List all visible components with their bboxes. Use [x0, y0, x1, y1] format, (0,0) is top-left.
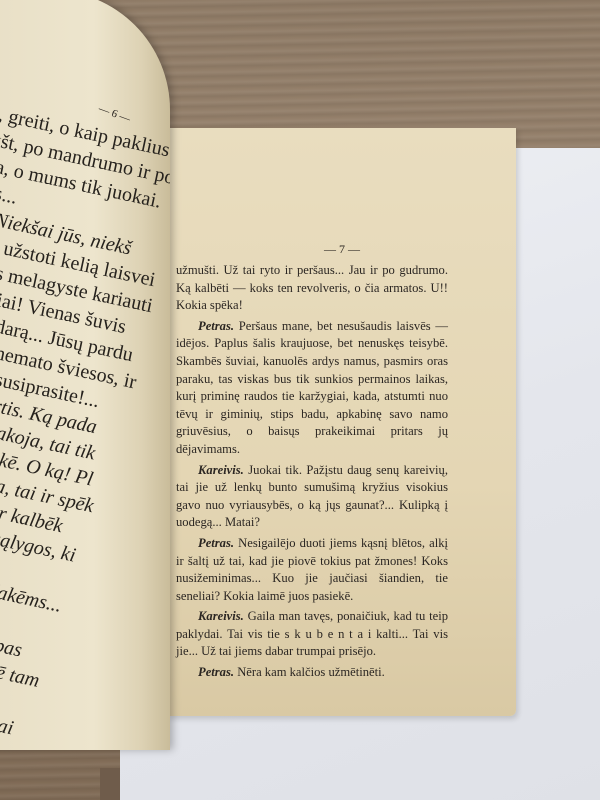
speaker-name: Petras.: [198, 665, 234, 679]
paragraph: Petras. Nesigailējo duoti jiems kąsnį bl…: [176, 535, 448, 605]
page-number-right: — 7 —: [168, 242, 516, 257]
right-book-page: — 7 — užmušti. Už tai ryto ir peršaus...…: [168, 128, 516, 716]
paragraph: Petras. Peršaus mane, bet nesušaudis lai…: [176, 318, 448, 459]
speaker-name: Kareivis.: [198, 609, 244, 623]
left-page-text: s, greiti, o kaip paklius iikšt, po mand…: [0, 100, 170, 750]
speaker-name: Petras.: [198, 319, 234, 333]
speaker-name: Petras.: [198, 536, 234, 550]
paragraph: Kareivis. Juokai tik. Pažįstu daug senų …: [176, 462, 448, 532]
paragraph-text: Nēra kam kalčios užmētinēti.: [237, 665, 385, 679]
left-book-page-curled: — 6 — s, greiti, o kaip paklius iikšt, p…: [0, 0, 170, 750]
paragraph-text: užmušti. Už tai ryto ir peršaus... Jau i…: [176, 263, 448, 312]
page-number-left: — 6 —: [97, 103, 132, 126]
speaker-name: Kareivis.: [198, 463, 244, 477]
paragraph-text: Peršaus mane, bet nesušaudis laisvēs — i…: [176, 319, 448, 456]
paragraph: užmušti. Už tai ryto ir peršaus... Jau i…: [176, 262, 448, 315]
paragraph: Petras. Nēra kam kalčios užmētinēti.: [176, 664, 448, 682]
right-page-text: užmušti. Už tai ryto ir peršaus... Jau i…: [176, 262, 448, 685]
paragraph: Kareivis. Gaila man tavęs, ponaičiuk, ka…: [176, 608, 448, 661]
